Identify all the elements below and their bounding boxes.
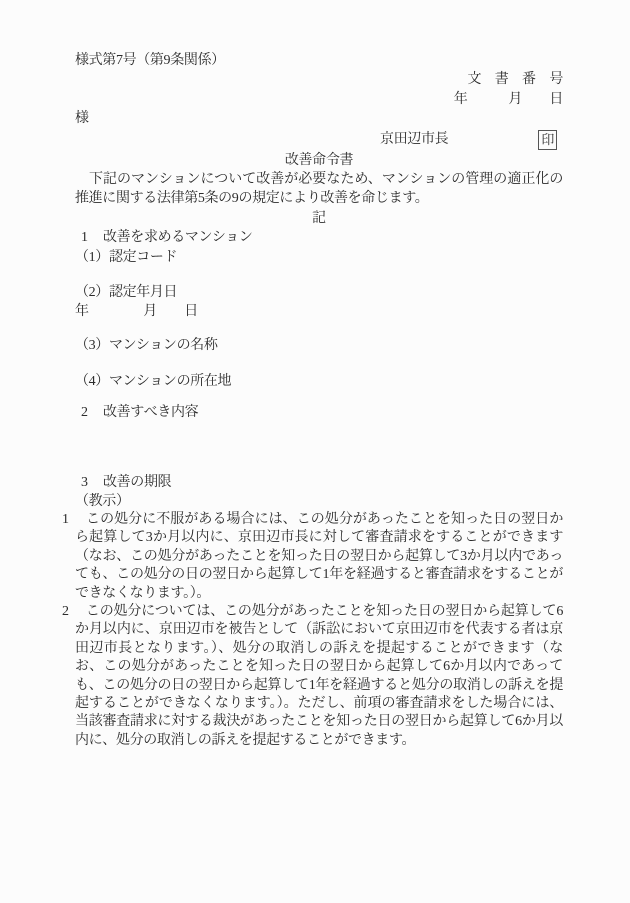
doc-number-label: 文 書 番 号 — [75, 70, 563, 89]
section-2-number: 2 — [75, 403, 103, 422]
kyoji-1-text: この処分に不服がある場合には、この処分があったことを知った日の翌日から起算して3… — [75, 512, 563, 601]
addressee-line: 様 — [75, 109, 563, 128]
sub-2-number: （2） — [75, 285, 109, 300]
body-paragraph: 下記のマンションについて改善が必要なため、マンションの管理の適正化の推進に関する… — [75, 170, 563, 209]
kyoji-paragraph-2: 2この処分については、この処分があったことを知った日の翌日から起算して6か月以内… — [75, 603, 563, 750]
section-1-number: 1 — [75, 228, 103, 247]
kyoji-1-number: 1 — [62, 512, 69, 527]
sub-3-number: （3） — [75, 338, 109, 353]
form-number: 様式第7号（第9条関係） — [75, 51, 563, 70]
section-3-heading: 3改善の期限 — [75, 473, 563, 492]
sub-1-label: 認定コード — [109, 250, 177, 265]
document-title: 改善命令書 — [75, 151, 563, 170]
sub-3-label: マンションの名称 — [109, 338, 218, 353]
section-2-heading: 2改善すべき内容 — [75, 403, 563, 422]
kyoji-2-text: この処分については、この処分があったことを知った日の翌日から起算して6か月以内に… — [75, 604, 563, 748]
ki-marker: 記 — [75, 209, 563, 228]
kyoji-block: （教示） 1この処分に不服がある場合には、この処分があったことを知った日の翌日か… — [75, 493, 563, 751]
seal-mark: 印 — [538, 130, 557, 150]
doc-date-blank: 年 月 日 — [75, 90, 563, 109]
sub-1-number: （1） — [75, 250, 109, 265]
section-3-number: 3 — [75, 473, 103, 492]
section-2-label: 改善すべき内容 — [103, 405, 198, 420]
addressee-suffix: 様 — [75, 111, 89, 126]
issuer-line: 京田辺市長 印 — [75, 129, 563, 151]
kyoji-paragraph-1: 1この処分に不服がある場合には、この処分があったことを知った日の翌日から起算して… — [75, 511, 563, 603]
section-1-heading: 1改善を求めるマンション — [75, 228, 563, 247]
sub-2-label: 認定年月日 — [109, 285, 177, 300]
section-1-label: 改善を求めるマンション — [103, 230, 253, 245]
section-1-sub-1: （1）認定コード — [75, 248, 563, 267]
sub-4-label: マンションの所在地 — [109, 374, 231, 389]
certification-date-blank: 年 月 日 — [75, 302, 563, 321]
section-1-sub-2: （2）認定年月日 — [75, 283, 563, 302]
kyoji-2-number: 2 — [62, 604, 69, 619]
section-1-sub-4: （4）マンションの所在地 — [75, 372, 563, 391]
document-page: 様式第7号（第9条関係） 文 書 番 号 年 月 日 様 京田辺市長 印 改善命… — [0, 0, 630, 903]
sub-4-number: （4） — [75, 374, 109, 389]
kyoji-heading: （教示） — [75, 493, 563, 511]
section-3-label: 改善の期限 — [103, 475, 171, 490]
section-1-sub-3: （3）マンションの名称 — [75, 336, 563, 355]
doc-number-block: 文 書 番 号 年 月 日 — [75, 70, 563, 109]
issuer-name: 京田辺市長 — [380, 130, 448, 149]
